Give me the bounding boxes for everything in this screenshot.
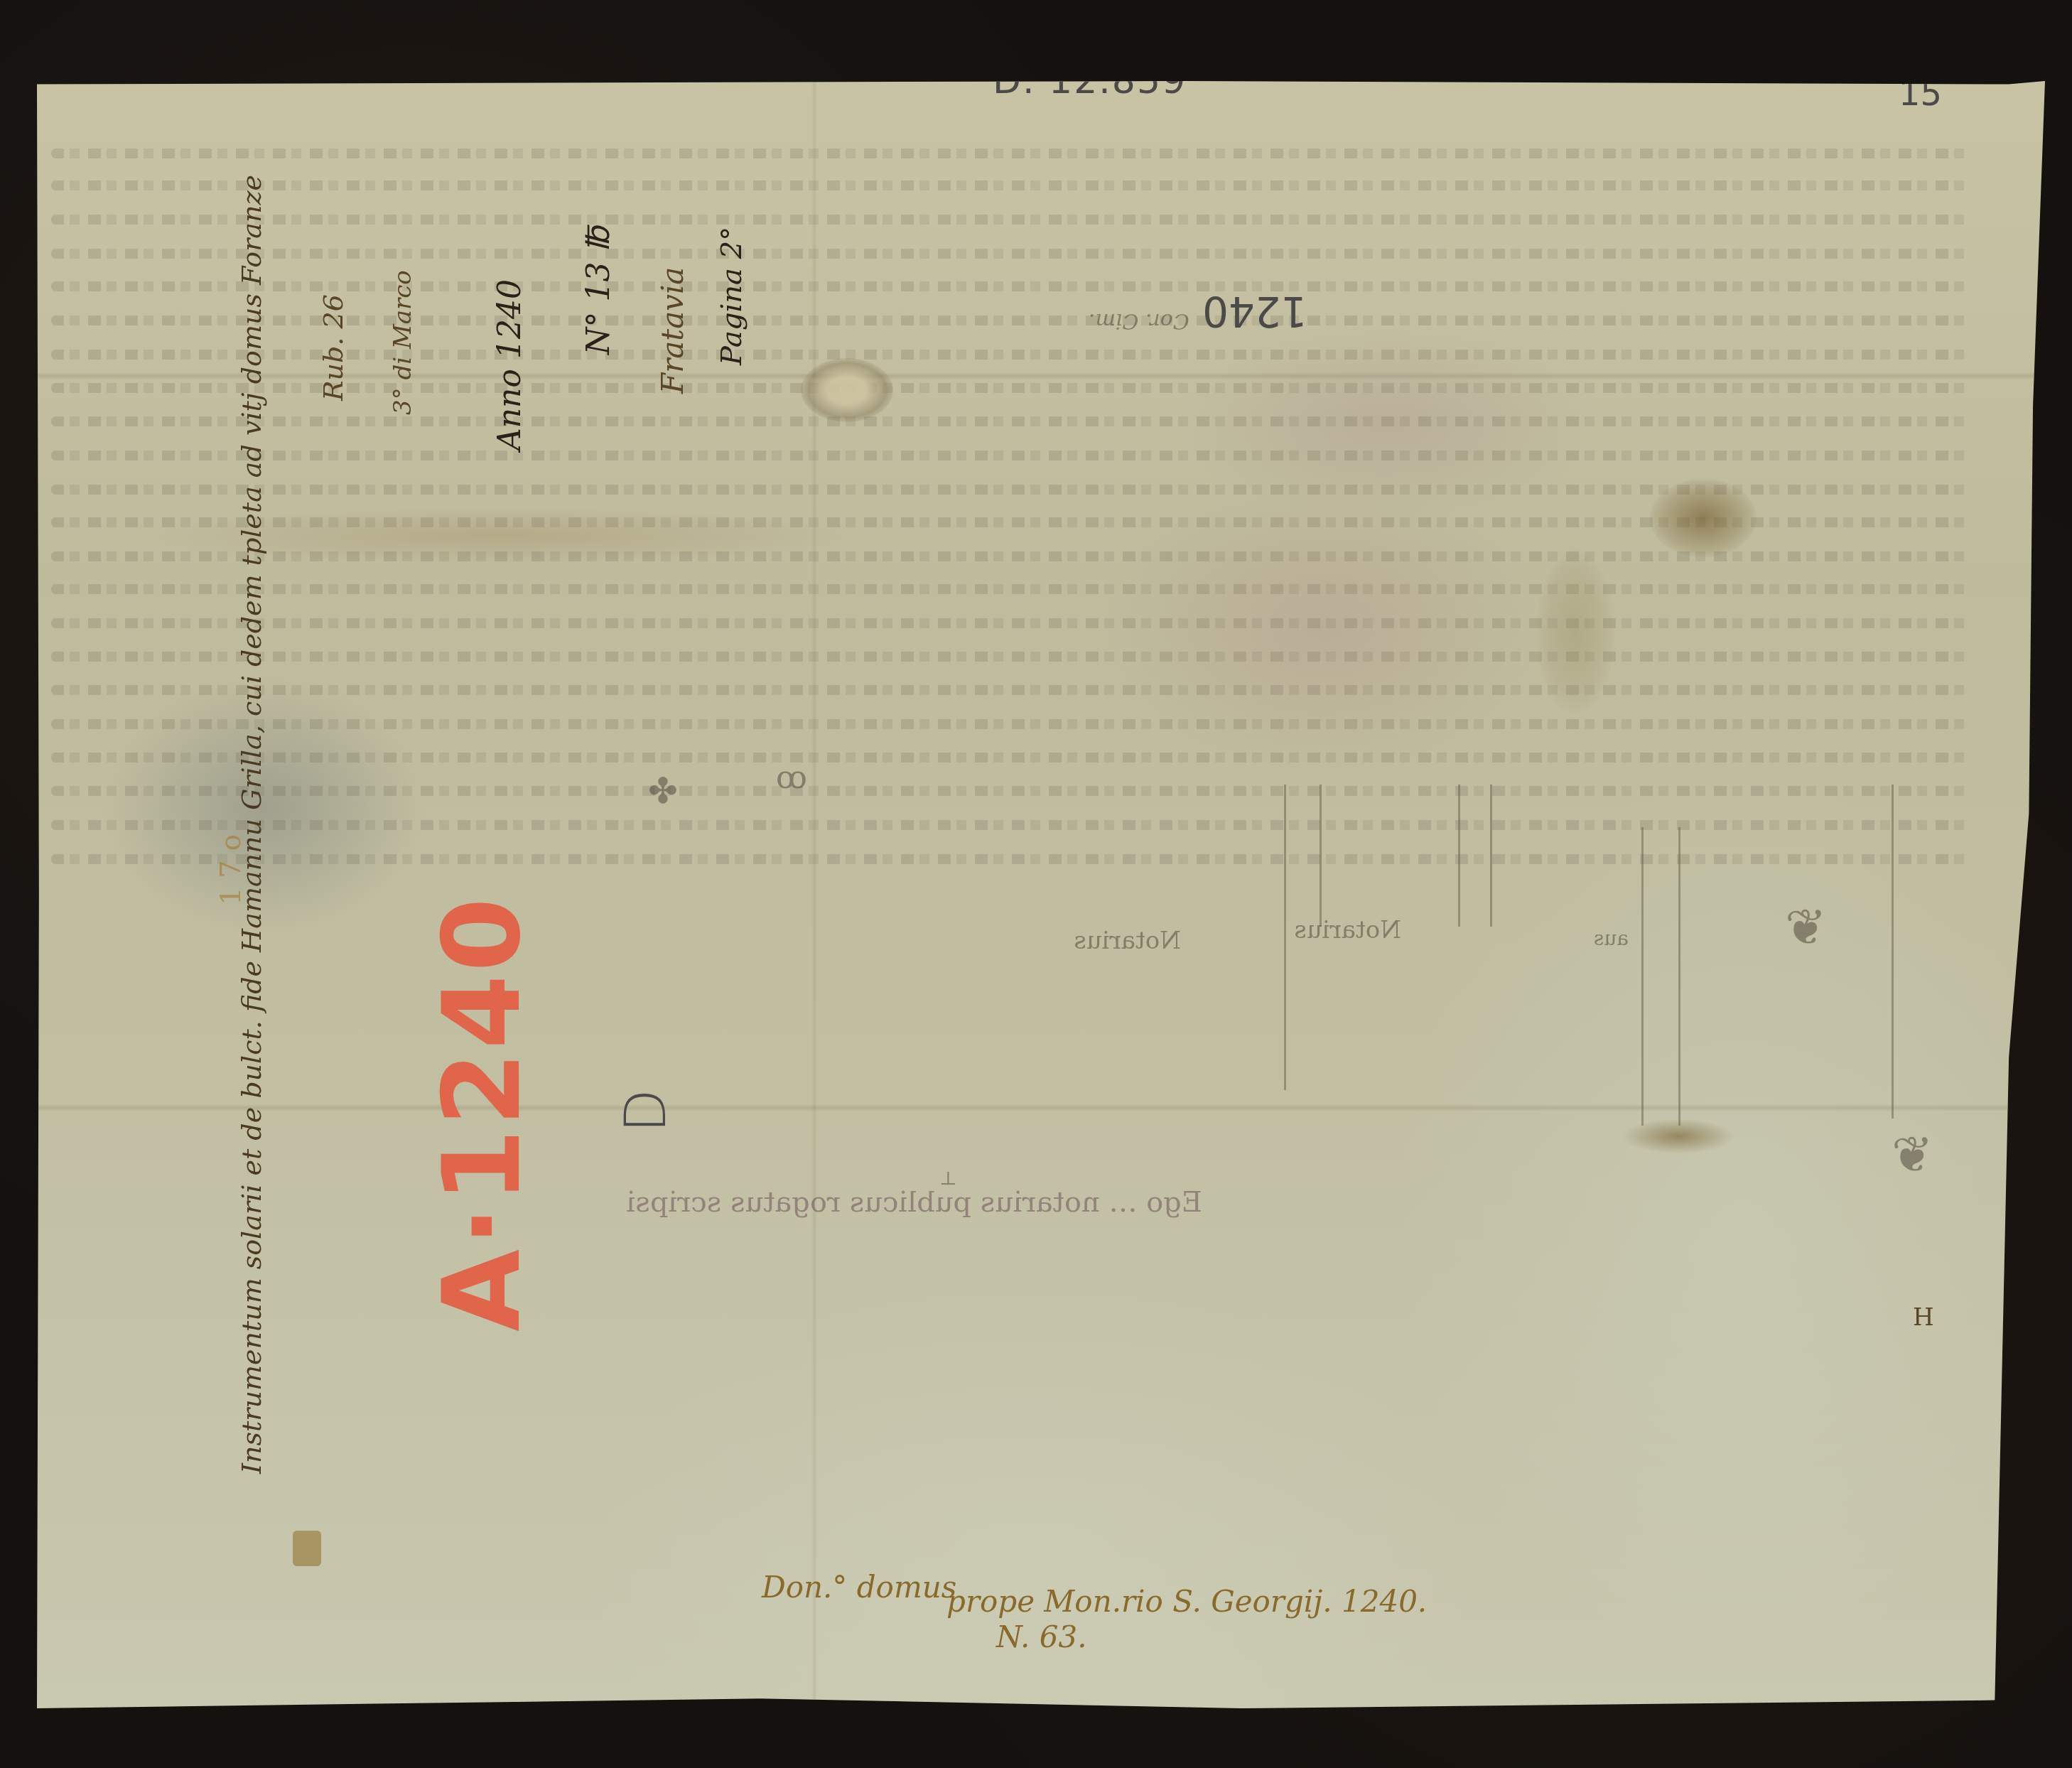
left-margin-note-vertical: Instrumentum solarii et de bulct. fide H… xyxy=(236,175,267,1474)
rubric-number-vertical: Rub. 26 xyxy=(318,294,349,401)
pencil-letter-annotation: D xyxy=(613,1089,679,1133)
fratavia-annotation-vertical: Fratavia xyxy=(655,267,690,394)
red-date-annotation: A·1240 xyxy=(421,895,544,1332)
notary-flourish-icon: ❦ xyxy=(1892,1126,1933,1184)
notary-flourish-icon: ❦ xyxy=(1785,898,1827,956)
endorsement-line1-b: prope Mon.rio S. Georgij. 1240. xyxy=(946,1584,1427,1619)
date-note-vertical: 3° di Marco xyxy=(389,270,417,415)
pagina-annotation-vertical: Pagina 2° xyxy=(716,227,748,365)
hole-repair-stain xyxy=(801,358,893,422)
endorsement-line2: N. 63. xyxy=(996,1619,1087,1654)
ink-blot-stain xyxy=(1650,479,1757,557)
endorsement-line1-a: Don.° domus xyxy=(762,1570,956,1605)
mirrored-bottom-line: Ego … notarius publicus rogatus scripsi xyxy=(627,1186,1202,1219)
water-stain xyxy=(1536,550,1614,713)
mirrored-cross-mark: ⊥ xyxy=(939,1168,956,1190)
fold-line xyxy=(37,1104,2045,1111)
right-edge-mark: H xyxy=(1913,1303,1934,1332)
number-annotation-vertical: N° 13 ℔ xyxy=(581,227,617,355)
notary-flourish-icon: ꝏ xyxy=(776,760,807,796)
parchment-sheet: Notarius Notarius aus ❦ ❦ ✤ ꝏ Ego … nota… xyxy=(37,81,2045,1708)
faint-note-inverted: Cor. Cim. xyxy=(1089,308,1189,333)
mirrored-notary-word: Notarius xyxy=(1294,916,1401,944)
foxing-stain xyxy=(1103,479,1543,777)
mirrored-notary-word: aus xyxy=(1594,927,1629,950)
notary-flourish-icon: ✤ xyxy=(648,770,678,812)
pencil-year-inverted: 1240 xyxy=(1202,287,1307,335)
mirrored-notary-word: Notarius xyxy=(1074,927,1181,955)
small-stain xyxy=(293,1531,321,1566)
year-annotation-vertical: Anno 1240 xyxy=(492,279,528,451)
faded-numeral-vertical: 1 7 o xyxy=(215,834,247,905)
